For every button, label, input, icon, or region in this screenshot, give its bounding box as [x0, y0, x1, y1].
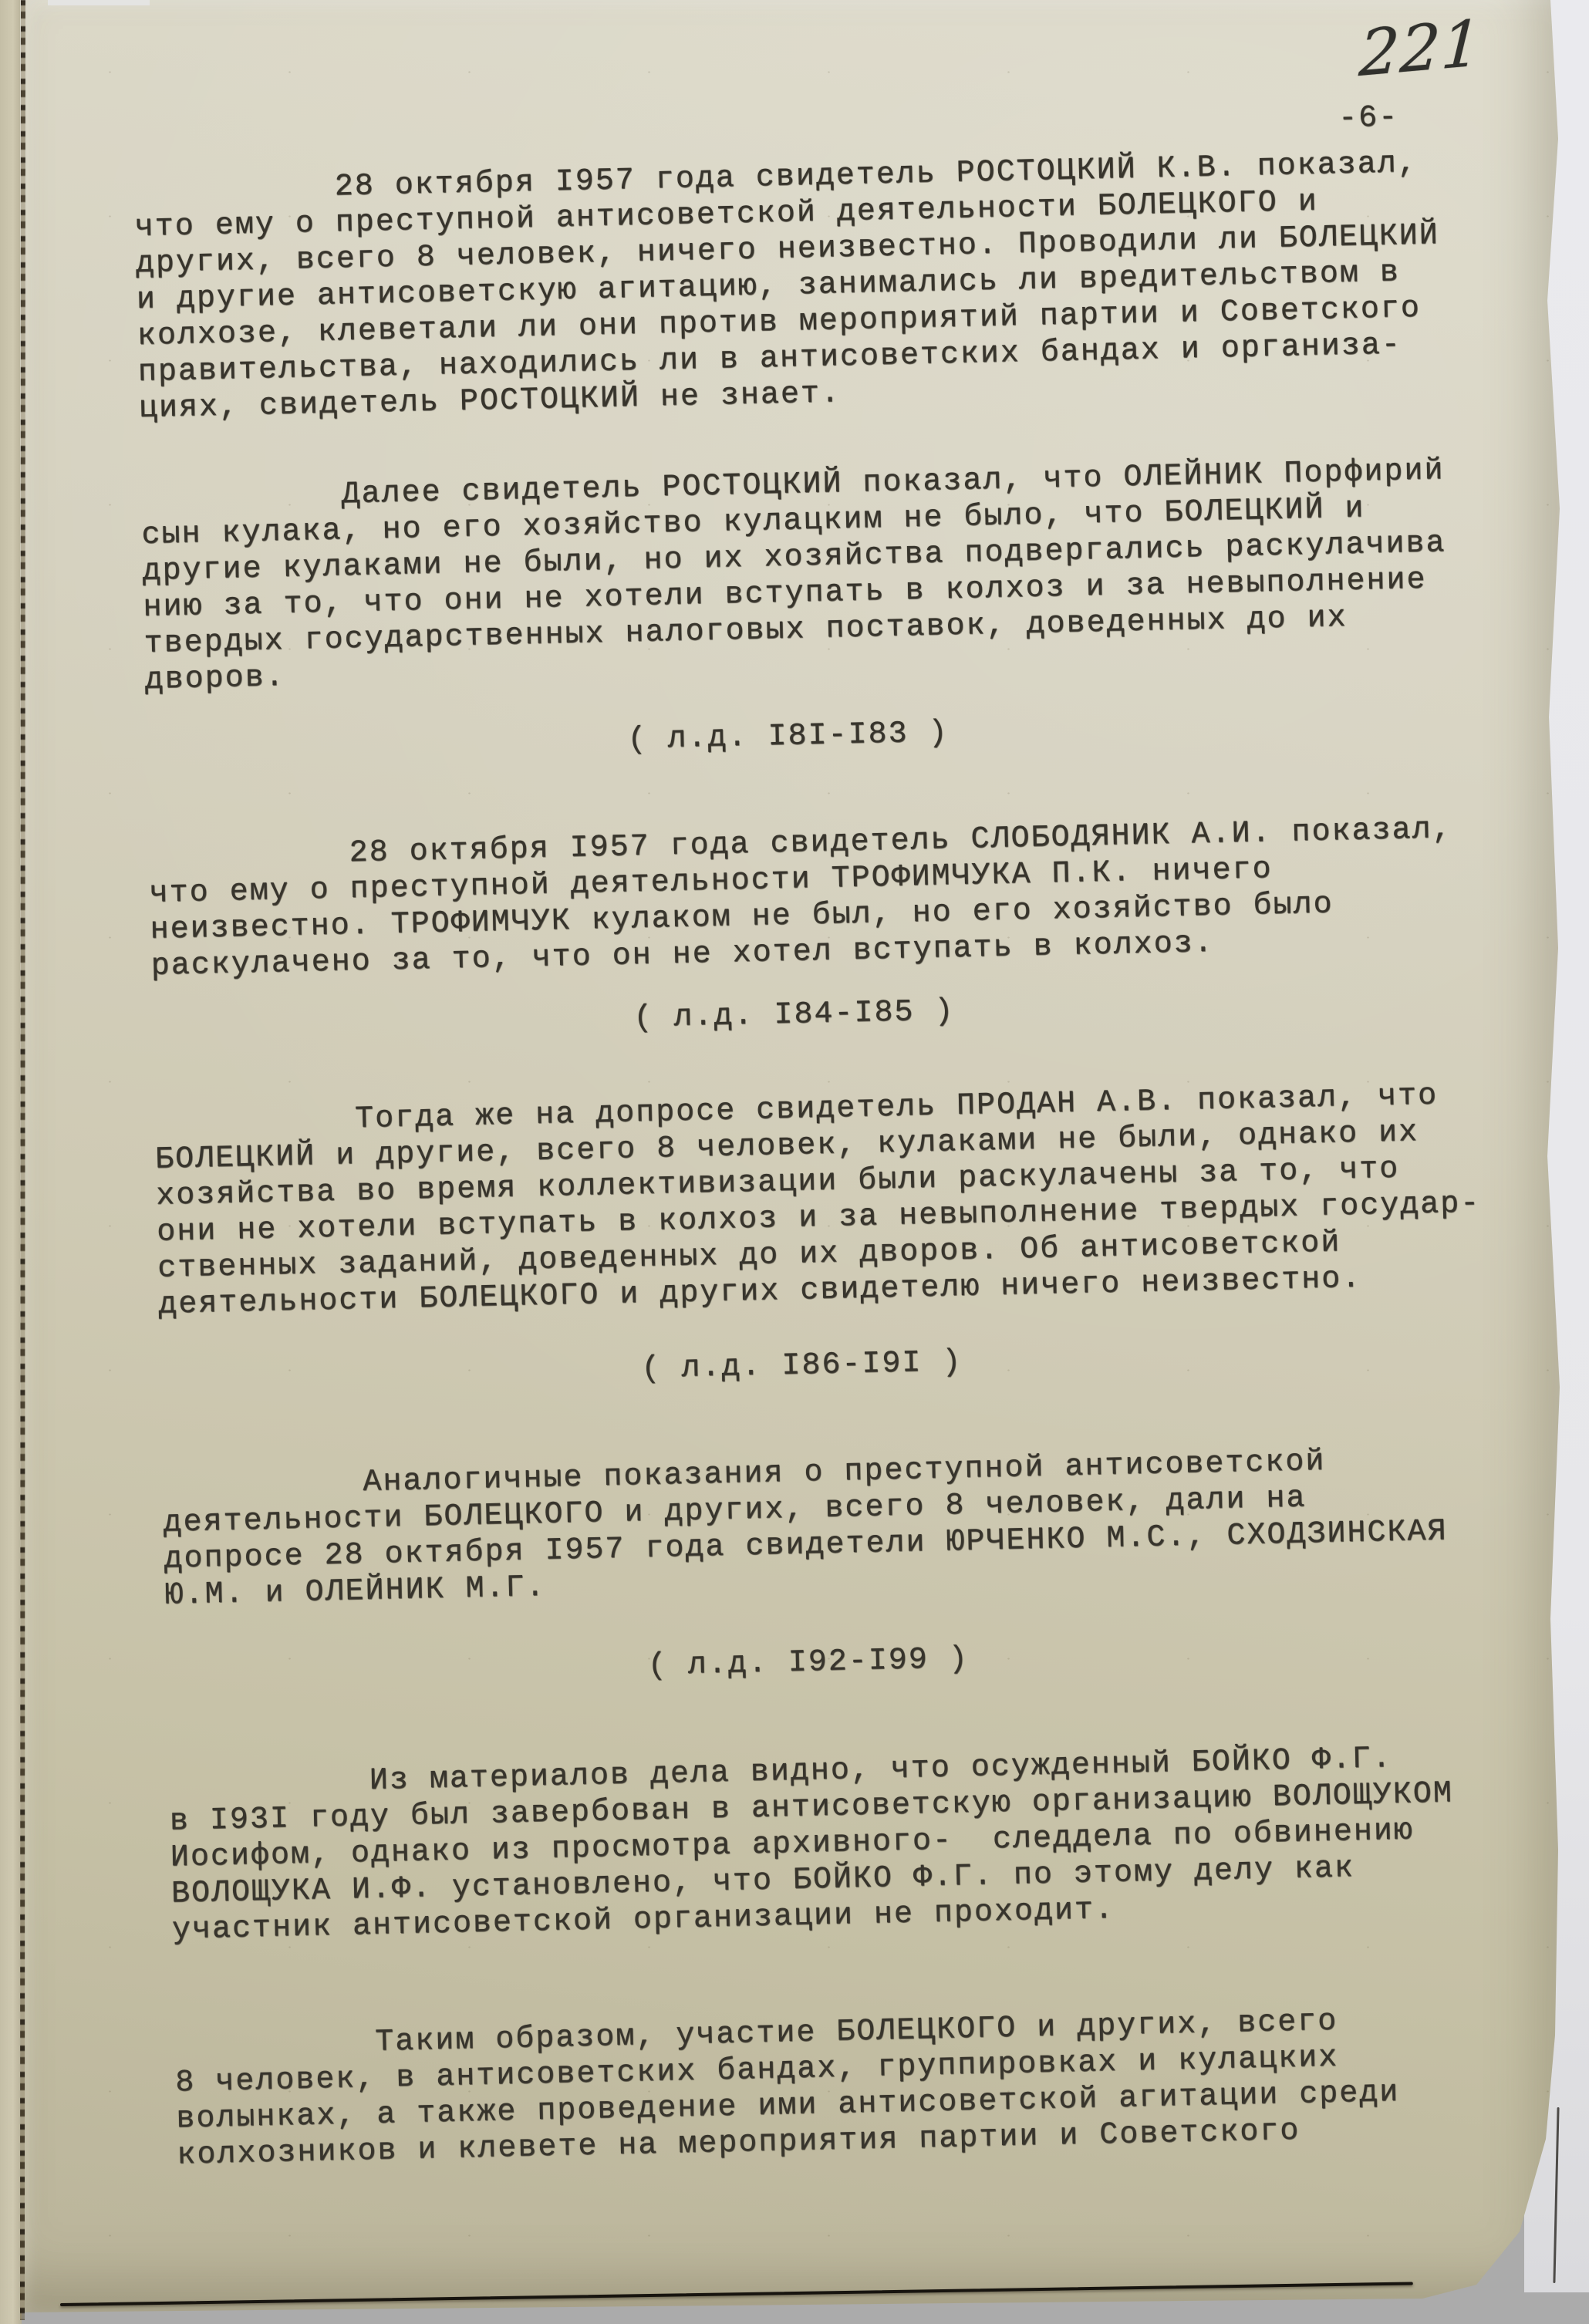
adjacent-sheet-edge [0, 0, 22, 2324]
typewritten-content: -6- 28 октября I957 года свидетель РОСТО… [133, 96, 1589, 2174]
paragraph: 28 октября I957 года свидетель РОСТОЦКИЙ… [133, 142, 1574, 427]
scanned-archive-page: { "document": { "archive_page_number": "… [0, 0, 1589, 2324]
case-sheets-reference: ( л.д. I86-I9I ) [160, 1331, 1589, 1398]
scanner-top-gap [48, 0, 150, 5]
case-sheets-reference: ( л.д. I92-I99 ) [166, 1627, 1589, 1695]
case-sheets-reference: ( л.д. I84-I85 ) [152, 980, 1587, 1047]
page-number: -6- [1338, 96, 1568, 137]
paragraph: Из материалов дела видно, что осужденный… [168, 1736, 1589, 1949]
handwritten-archive-number: 221 [1358, 7, 1484, 92]
paragraph: Аналогичные показания о преступной антис… [162, 1438, 1589, 1614]
case-sheets-reference: ( л.д. I8I-I83 ) [146, 701, 1581, 769]
paragraph: Тогда же на допросе свидетель ПРОДАН А.В… [154, 1074, 1589, 1324]
paragraph: Далее свидетель РОСТОЦКИЙ показал, что О… [140, 450, 1580, 699]
paragraph: 28 октября I957 года свидетель СЛОБОДЯНИ… [148, 808, 1586, 985]
paragraph: Таким образом, участие БОЛЕЦКОГО и други… [174, 1998, 1589, 2174]
